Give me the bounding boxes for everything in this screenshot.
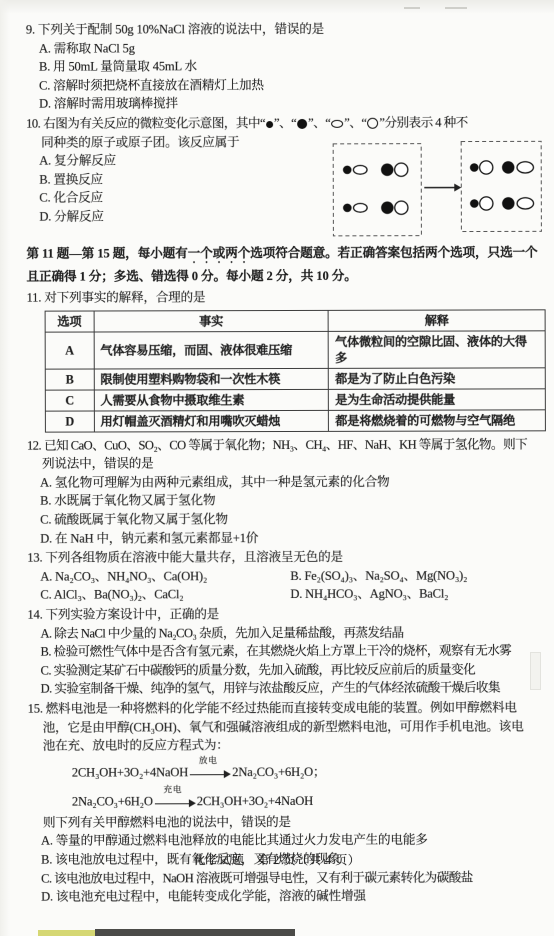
question-number: 13.: [27, 551, 42, 565]
option-a: A. 复分解反应: [39, 151, 331, 170]
option-b: B. Fe₂(SO₄)₃、Na₂SO₄、Mg(NO₃)₂: [290, 566, 467, 585]
facts-explanation-table: 选项 事实 解释 A 气体容易压缩，而固、液体很难压缩 气体微粒间的空隙比固、液…: [45, 309, 546, 432]
chemical-equation-discharge: 2CH₃OH+3O₂+4NaOH放电2Na₂CO₃+6H₂O；: [72, 761, 547, 782]
scan-bottom-strip-yellow: [38, 930, 96, 936]
question-stem-text: 已知 CaO、CuO、SO₂、CO 等属于氧化物；NH₃、CH₄、HF、NaH、…: [44, 437, 527, 452]
table-cell: D: [45, 411, 94, 432]
section-instructions: 第 11 题—第 15 题，每小题有一个或两个选项符合题意。若正确答案包括两个选…: [26, 242, 545, 287]
table-row: A 气体容易压缩，而固、液体很难压缩 气体微粒间的空隙比固、液体的大得多: [45, 330, 545, 368]
table-cell: B: [45, 369, 94, 390]
chemical-equation-charge: 2Na₂CO₃+6H₂O充电2CH₃OH+3O₂+4NaOH: [72, 790, 547, 811]
question-stem-text: ”分别表示 4 种不: [379, 115, 467, 129]
option-a: A. 等量的甲醇通过燃料电池释放的电能比其通过火力发电产生的电能多: [41, 831, 547, 851]
question-stem: 10.右图为有关反应的微粒变化示意图，其中“”、“”、“”、“”分别表示 4 种…: [26, 113, 545, 133]
reaction-arrow: 充电: [154, 794, 196, 807]
option-b: B. 检验可燃性气体中是否含有氢元素，在其燃烧火焰上方罩上干冷的烧杯，观察有无水…: [40, 642, 546, 662]
option-a: A. Na₂CO₃、NH₄NO₃、Ca(OH)₂: [40, 567, 290, 586]
arrow-shaft: [190, 774, 226, 775]
instruction-text: 选项符合题意。若正确答案包括两个选项，只选一个: [250, 245, 537, 260]
symbol-separator: ”、“: [308, 116, 330, 130]
question-number: 14.: [27, 608, 42, 622]
arrow-head-icon: [224, 770, 231, 778]
equation-right: 2Na₂CO₃+6H₂O；: [232, 765, 325, 779]
scan-left-shade: [0, 0, 10, 936]
question-number: 9.: [26, 23, 35, 37]
question-11: 11.对下列事实的解释，合理的是 选项 事实 解释 A 气体容易压缩，而固、液体…: [27, 287, 546, 432]
table-row: D 用灯帽盖灭酒精灯和用嘴吹灭蜡烛 都是将燃烧着的可燃物与空气隔绝: [45, 409, 545, 431]
question-9: 9.下列关于配制 50g 10%NaCl 溶液的说法中，错误的是 A. 需称取 …: [26, 19, 545, 113]
table-header-row: 选项 事实 解释: [45, 309, 545, 331]
option-c: C. 硫酸既属于氧化物又属于氢化物: [40, 509, 546, 529]
table-cell: 气体容易压缩，而固、液体很难压缩: [94, 331, 329, 369]
option-a: A. 除去 NaCl 中少量的 Na₂CO₃ 杂质，先加入足量稀盐酸，再蒸发结晶: [40, 623, 546, 643]
question-12: 12.已知 CaO、CuO、SO₂、CO 等属于氧化物；NH₃、CH₄、HF、N…: [27, 435, 546, 548]
page-footer: 化学试题 第 2 页（共 4 页）: [0, 851, 554, 868]
option-a: A. 需称取 NaCl 5g: [39, 38, 545, 58]
question-stem-text: 下列关于配制 50g 10%NaCl 溶液的说法中，错误的是: [38, 22, 324, 37]
symbol-separator: ”、“: [344, 116, 366, 130]
question-number: 15.: [28, 702, 43, 716]
table-cell: A: [45, 332, 94, 369]
reaction-diagram: [331, 135, 545, 240]
table-cell: 都是为了防止白色污染: [329, 367, 546, 389]
page-content: 9.下列关于配制 50g 10%NaCl 溶液的说法中，错误的是 A. 需称取 …: [26, 19, 547, 907]
option-b: B. 用 50mL 量筒量取 45mL 水: [39, 57, 545, 77]
question-stem-continued: 池，它是由甲醇(CH₃OH)、氧气和强碱溶液组成的新型燃料电池，可用作手机电池。…: [43, 717, 547, 737]
scan-artifact-dash: [445, 7, 467, 9]
scan-artifact-dash: [404, 7, 420, 9]
arrow-shaft: [155, 803, 191, 804]
table-cell: 限制使用塑料购物袋和一次性木筷: [94, 368, 329, 390]
question-stem-continued: 列说法中，错误的是: [42, 454, 546, 474]
question-stem-continued: 同种类的原子或原子团。该反应属于: [41, 132, 331, 151]
equation-right: 2CH₃OH+3O₂+4NaOH: [197, 794, 313, 808]
question-stem: 15.燃料电池是一种将燃料的化学能不经过热能而直接转变成电能的装置。例如甲醇燃料…: [28, 698, 547, 718]
question-number: 10.: [26, 117, 40, 131]
question-14: 14.下列实验方案设计中，正确的是 A. 除去 NaCl 中少量的 Na₂CO₃…: [27, 604, 546, 698]
table-cell: 气体微粒间的空隙比固、液体的大得多: [328, 330, 545, 368]
equation-left: 2Na₂CO₃+6H₂O: [72, 794, 153, 808]
table-row: C 人需要从食物中摄取维生素 是为生命活动提供能量: [45, 388, 545, 410]
instruction-text: 第 11 题—第 15 题，每小题有: [26, 246, 187, 260]
question-stem-text: 下列各组物质在溶液中能大量共存，且溶液呈无色的是: [45, 550, 342, 565]
option-d: D. 该电池充电过程中，电能转变成化学能，溶液的碱性增强: [41, 886, 547, 906]
small-solid-particle-icon: [266, 121, 273, 128]
table-cell: 是为生命活动提供能量: [329, 388, 546, 410]
question-stem-text: 下列实验方案设计中，正确的是: [46, 607, 220, 621]
large-hollow-particle-icon: [367, 118, 378, 129]
option-a: A. 氢化物可理解为由两种元素组成，其中一种是氢元素的化合物: [40, 472, 546, 492]
question-13: 13.下列各组物质在溶液中能大量共存，且溶液呈无色的是 A. Na₂CO₃、NH…: [27, 548, 546, 605]
instruction-line-1: 第 11 题—第 15 题，每小题有一个或两个选项符合题意。若正确答案包括两个选…: [26, 242, 545, 266]
table-cell: C: [45, 390, 94, 411]
question-stem-text: 右图为有关反应的微粒变化示意图，其中“: [43, 116, 265, 131]
left-molecules: [343, 163, 408, 214]
question-number: 11.: [27, 291, 42, 305]
table-row: B 限制使用塑料购物袋和一次性木筷 都是为了防止白色污染: [45, 367, 545, 389]
large-solid-particle-icon: [297, 119, 307, 129]
question-stem: 12.已知 CaO、CuO、SO₂、CO 等属于氧化物；NH₃、CH₄、HF、N…: [27, 435, 546, 455]
option-d: D. 分解反应: [39, 207, 331, 226]
column-header: 选项: [45, 311, 94, 332]
instruction-line-2: 且正确得 1 分；多选、错选得 0 分。每小题 2 分，共 10 分。: [26, 265, 545, 287]
question-15: 15.燃料电池是一种将燃料的化学能不经过热能而直接转变成电能的装置。例如甲醇燃料…: [28, 698, 548, 906]
question-10: 10.右图为有关反应的微粒变化示意图，其中“”、“”、“”、“”分别表示 4 种…: [26, 113, 545, 240]
question-stem: 14.下列实验方案设计中，正确的是: [27, 604, 546, 624]
question-followup: 则下列有关甲醇燃料电池的说法中，错误的是: [43, 812, 547, 832]
table-cell: 用灯帽盖灭酒精灯和用嘴吹灭蜡烛: [94, 410, 329, 432]
option-d: D. 实验室制备干燥、纯净的氢气，用锌与浓盐酸反应，产生的气体经浓硫酸干燥后收集: [41, 679, 547, 699]
reaction-arrow: 放电: [189, 765, 231, 778]
column-header: 解释: [328, 309, 545, 331]
option-d: D. 溶解时需用玻璃棒搅拌: [39, 94, 545, 114]
question-stem: 9.下列关于配制 50g 10%NaCl 溶液的说法中，错误的是: [26, 19, 545, 39]
table-cell: 都是将燃烧着的可燃物与空气隔绝: [329, 409, 546, 431]
column-header: 事实: [94, 310, 329, 332]
option-c: C. 化合反应: [39, 188, 331, 207]
reaction-condition: 充电: [154, 785, 192, 794]
small-hollow-particle-icon: [331, 120, 343, 128]
option-c: C. 该电池放电过程中，NaOH 溶液既可增强导电性，又有利于碳元素转化为碳酸盐: [41, 868, 547, 888]
symbol-separator: ”、“: [274, 116, 296, 130]
option-c: C. 实验测定某矿石中碳酸钙的质量分数，先加入硫酸，再比较反应前后的质量变化: [41, 660, 547, 680]
equation-left: 2CH₃OH+3O₂+4NaOH: [72, 765, 188, 779]
instruction-emphasized-text: 一个或两个: [188, 246, 251, 260]
option-d: D. NH₄HCO₃、AgNO₃、BaCl₂: [290, 585, 448, 604]
option-b: B. 置换反应: [39, 170, 331, 189]
option-b: B. 水既属于氧化物又属于氢化物: [40, 491, 546, 511]
question-stem: 11.对下列事实的解释，合理的是: [27, 287, 546, 307]
reaction-condition: 放电: [189, 756, 227, 765]
table-cell: 人需要从食物中摄取维生素: [94, 389, 329, 411]
option-d: D. 在 NaH 中，钠元素和氢元素都显+1价: [40, 528, 546, 548]
option-c: C. AlCl₃、Ba(NO₃)₂、CaCl₂: [40, 585, 290, 604]
question-stem-text: 对下列事实的解释，合理的是: [44, 290, 205, 304]
option-c: C. 溶解时须把烧杯直接放在酒精灯上加热: [39, 75, 545, 95]
question-stem: 13.下列各组物质在溶液中能大量共存，且溶液呈无色的是: [27, 548, 546, 568]
scan-bottom-strip-dark: [95, 929, 295, 936]
scan-edge-artifact: [530, 652, 541, 690]
question-number: 12.: [27, 438, 41, 452]
question-stem-text: 燃料电池是一种将燃料的化学能不经过热能而直接转变成电能的装置。例如甲醇燃料电: [46, 700, 517, 715]
arrow-head-icon: [189, 799, 196, 807]
scan-top-shade: [0, 0, 554, 14]
exam-paper-page: 9.下列关于配制 50g 10%NaCl 溶液的说法中，错误的是 A. 需称取 …: [0, 0, 554, 936]
question-stem-continued: 池在充、放电时的反应方程式为：: [43, 735, 547, 755]
right-molecules: [470, 160, 534, 209]
